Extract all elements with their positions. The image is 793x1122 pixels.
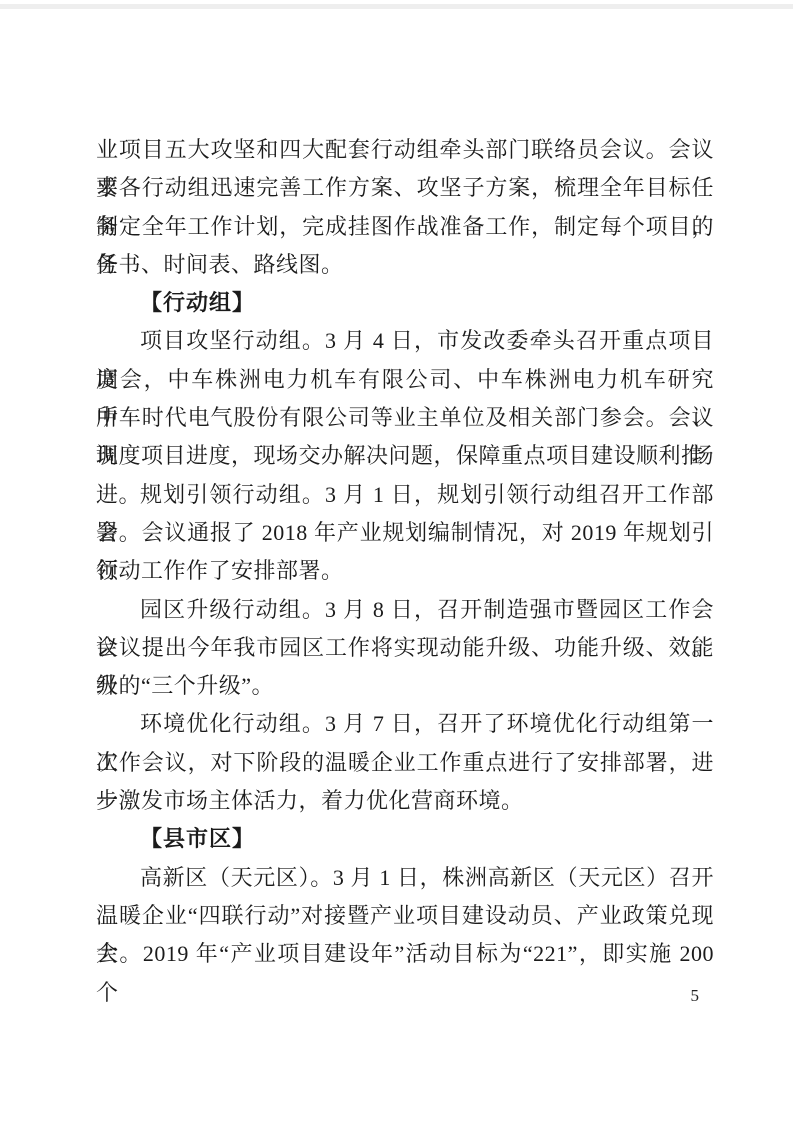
body-line: 会议提出今年我市园区工作将实现动能升级、功能升级、效能升 — [96, 629, 714, 667]
body-line: 度会，中车株洲电力机车有限公司、中车株洲电力机车研究所、 — [96, 361, 714, 399]
body-line: 级的“三个升级”。 — [96, 667, 714, 705]
body-line: 步激发市场主体活力，着力优化营商环境。 — [96, 782, 714, 820]
body-line: 温暖企业“四联行动”对接暨产业项目建设动员、产业政策兑现大 — [96, 897, 714, 935]
page-number: 5 — [691, 985, 700, 1007]
body-line: 环境优化行动组。3 月 7 日，召开了环境优化行动组第一次 — [96, 705, 714, 743]
body-line: 求各行动组迅速完善工作方案、攻坚子方案，梳理全年目标任务， — [96, 169, 714, 207]
body-line: 中车时代电气股份有限公司等业主单位及相关部门参会。会议现场 — [96, 399, 714, 437]
body-line: 行动工作作了安排部署。 — [96, 552, 714, 590]
body-line: 会。会议通报了 2018 年产业规划编制情况，对 2019 年规划引领 — [96, 514, 714, 552]
document-body: 业项目五大攻坚和四大配套行动组牵头部门联络员会议。会议要 求各行动组迅速完善工作… — [96, 131, 714, 974]
section-heading-counties-districts: 【县市区】 — [96, 820, 714, 858]
section-heading-action-groups: 【行动组】 — [96, 284, 714, 322]
body-line: 规划引领行动组。3 月 1 日，规划引领行动组召开工作部署 — [96, 476, 714, 514]
body-line: 工作会议，对下阶段的温暖企业工作重点进行了安排部署，进一 — [96, 744, 714, 782]
body-line: 项目攻坚行动组。3 月 4 日，市发改委牵头召开重点项目调 — [96, 322, 714, 360]
body-line: 务书、时间表、路线图。 — [96, 246, 714, 284]
body-line: 园区升级行动组。3 月 8 日，召开制造强市暨园区工作会议。 — [96, 591, 714, 629]
body-line: 高新区（天元区）。3 月 1 日，株洲高新区（天元区）召开 — [96, 859, 714, 897]
scan-edge-shadow — [0, 4, 793, 9]
body-line: 调度项目进度，现场交办解决问题，保障重点项目建设顺利推进。 — [96, 437, 714, 475]
body-line: 制定全年工作计划，完成挂图作战准备工作，制定每个项目的任 — [96, 208, 714, 246]
body-line: 业项目五大攻坚和四大配套行动组牵头部门联络员会议。会议要 — [96, 131, 714, 169]
body-line: 会。2019 年“产业项目建设年”活动目标为“221”，即实施 200 个 — [96, 935, 714, 973]
